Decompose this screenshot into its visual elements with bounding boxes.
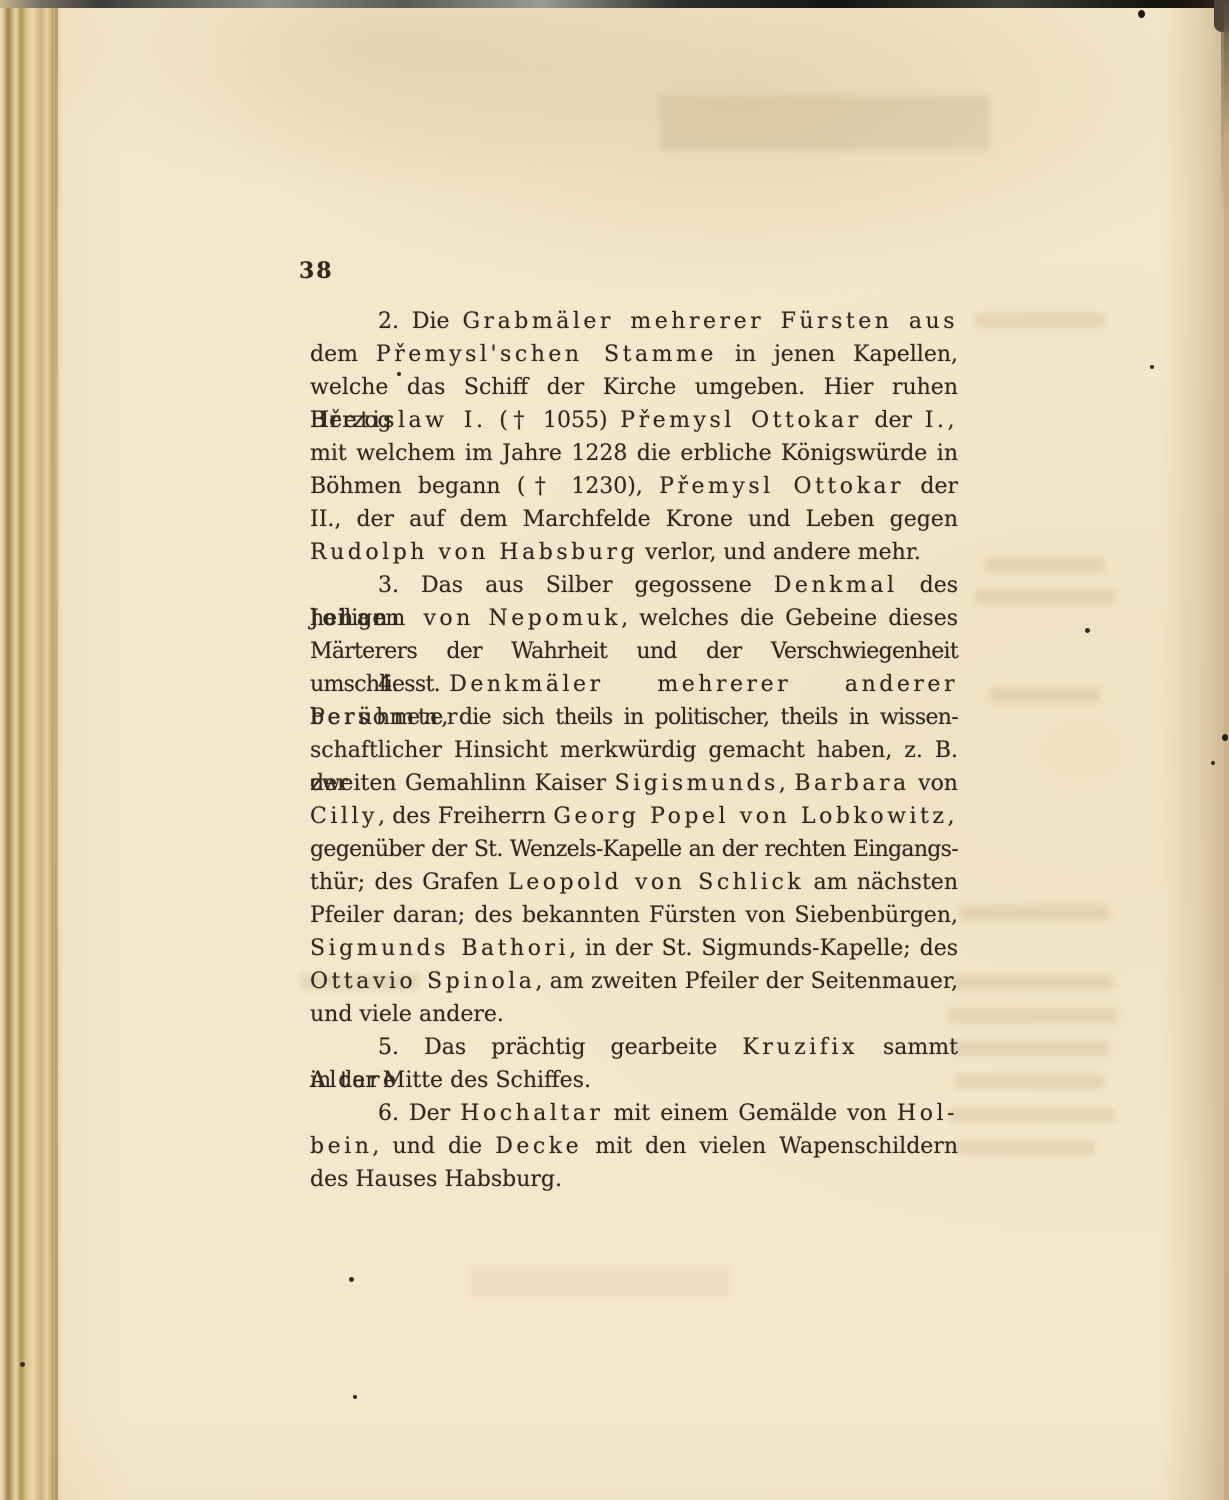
text-line: 5. Das prächtig gearbeite Kruzifix sammt… (310, 1031, 958, 1064)
show-through-stain (950, 1041, 1110, 1056)
text-line: 6. Der Hochaltar mit einem Gemälde von H… (310, 1097, 958, 1130)
text-segment: , die sich theils in politischer, theils… (441, 705, 958, 730)
show-through-stain (975, 312, 1105, 328)
text-line: 3. Das aus Silber gegossene Denkmal des … (310, 569, 958, 602)
show-through-stain (985, 558, 1105, 573)
text-segment: , welches die Gebeine dieses (621, 606, 958, 631)
show-through-stain (948, 1008, 1118, 1023)
show-through-stain (660, 95, 990, 150)
text-segment: Rudolph von Habsburg (310, 540, 638, 565)
text-line: thür; des Grafen Leopold von Schlick am … (310, 866, 958, 899)
text-segment: dem (310, 342, 376, 367)
text-segment: Ottavio Spinola (310, 969, 535, 994)
text-line: Böhmen begann († 1230), Přemysl Ottokar … (310, 470, 958, 503)
text-segment: Georg Popel von Lobkowitz, (553, 804, 958, 829)
text-segment: Kruzifix (742, 1035, 858, 1060)
text-segment: , (779, 771, 795, 796)
show-through-stain (952, 975, 1114, 990)
text-line: mit welchem im Jahre 1228 die erbliche K… (310, 437, 958, 470)
text-segment: , und die (372, 1134, 495, 1159)
text-segment: Přemysl Ottokar (659, 474, 904, 499)
text-line: bein, und die Decke mit den vielen Wapen… (310, 1130, 958, 1163)
text-segment: II., der auf dem Marchfelde Krone und Le… (310, 507, 958, 532)
text-line: des Hauses Habsburg. (310, 1163, 958, 1196)
text-line: welche das Schiff der Kirche umgeben. Hi… (310, 371, 958, 404)
text-segment: mit welchem im Jahre 1228 die erbliche K… (310, 441, 958, 466)
foxing-speck (353, 1395, 357, 1399)
book-binding-edge (0, 0, 62, 1500)
text-segment: zweiten Gemahlinn Kaiser (310, 771, 615, 796)
show-through-stain (955, 1140, 1095, 1155)
text-line: gegenüber der St. Wenzels-Kapelle an der… (310, 833, 958, 866)
text-line: 2. Die Grabmäler mehrerer Fürsten aus (310, 305, 958, 338)
text-line: Märterers der Wahrheit und der Verschwie… (310, 635, 958, 668)
text-segment: Cilly (310, 804, 378, 829)
scan-top-edge (0, 0, 1229, 8)
text-segment: am nächsten (804, 870, 958, 895)
text-block: 2. Die Grabmäler mehrerer Fürsten ausdem… (310, 305, 958, 1196)
text-segment: 5. Das prächtig gearbeite (378, 1035, 742, 1060)
text-segment: in jenen Kapellen, (717, 342, 958, 367)
text-line: Johann von Nepomuk, welches die Gebeine … (310, 602, 958, 635)
text-segment: Pfeiler daran; des bekannten Fürsten von… (310, 903, 958, 928)
text-segment: Přemysl Ottokar (620, 408, 861, 433)
foxing-speck (349, 1277, 354, 1282)
text-segment: verlor, und andere mehr. (638, 540, 921, 565)
page-number: 38 (299, 258, 334, 284)
text-segment: Böhmen begann († 1230), (310, 474, 659, 499)
show-through-stain (960, 905, 1110, 920)
text-segment: und viele andere. (310, 1002, 504, 1027)
text-segment: Sigmunds Bathori (310, 936, 569, 961)
text-segment: des Hauses Habsburg. (310, 1167, 562, 1192)
text-line: Personen, die sich theils in politischer… (310, 701, 958, 734)
text-segment: , in der St. Sigmunds-Kapelle; des (569, 936, 958, 961)
text-line: Cilly, des Freiherrn Georg Popel von Lob… (310, 800, 958, 833)
text-segment: von (910, 771, 958, 796)
text-line: schaftlicher Hinsicht merkwürdig gemacht… (310, 734, 958, 767)
text-line: Pfeiler daran; des bekannten Fürsten von… (310, 899, 958, 932)
text-segment: thür; des Grafen (310, 870, 508, 895)
text-segment: der (862, 408, 925, 433)
text-segment: Denkmal (774, 573, 898, 598)
scanned-book-page: 38 2. Die Grabmäler mehrerer Fürsten aus… (0, 0, 1229, 1500)
text-segment: , des Freiherrn (378, 804, 553, 829)
text-segment: , am zweiten Pfeiler der Seitenmauer, (535, 969, 958, 994)
text-line: Sigmunds Bathori, in der St. Sigmunds-Ka… (310, 932, 958, 965)
text-segment: Leopold von Schlick (508, 870, 804, 895)
text-line: zweiten Gemahlinn Kaiser Sigismunds, Bar… (310, 767, 958, 800)
text-segment: mit einem Gemälde von (603, 1101, 897, 1126)
text-segment: 6. Der (378, 1101, 460, 1126)
foxing-speck (1085, 628, 1090, 633)
text-segment: I., (925, 408, 958, 433)
text-segment: 2. Die (378, 309, 462, 334)
text-segment: Hol- (897, 1101, 958, 1126)
text-segment: Grabmäler mehrerer Fürsten aus (462, 309, 958, 334)
text-segment: Přemysl'schen Stamme (376, 342, 717, 367)
foxing-speck (1138, 10, 1145, 18)
text-segment: 4. (378, 672, 449, 697)
text-segment: mit den vielen Wapenschildern (582, 1134, 958, 1159)
show-through-stain (470, 1268, 730, 1298)
text-line: II., der auf dem Marchfelde Krone und Le… (310, 503, 958, 536)
text-segment: Hochaltar (460, 1101, 603, 1126)
foxing-speck (1211, 761, 1215, 765)
text-segment: Barbara (794, 771, 909, 796)
page-right-shading (1159, 0, 1229, 1500)
text-segment: Břetislaw I. (310, 408, 487, 433)
text-segment: Sigismunds (615, 771, 779, 796)
show-through-stain (990, 688, 1100, 702)
text-line: 4. Denkmäler mehrerer anderer berühmter (310, 668, 958, 701)
text-segment: Decke (495, 1134, 582, 1159)
foxing-speck (1150, 365, 1154, 369)
text-line: dem Přemysl'schen Stamme in jenen Kapell… (310, 338, 958, 371)
text-segment: sammt (858, 1035, 958, 1060)
foxing-speck (20, 1362, 25, 1367)
text-line: Rudolph von Habsburg verlor, und andere … (310, 536, 958, 569)
text-segment: († 1055) (487, 408, 621, 433)
foxing-speck (1222, 734, 1228, 741)
page-right-edge (1224, 0, 1229, 1500)
text-segment: Personen (310, 705, 441, 730)
text-segment: 3. Das aus Silber gegossene (378, 573, 774, 598)
text-line: Břetislaw I. († 1055) Přemysl Ottokar de… (310, 404, 958, 437)
text-segment: bein (310, 1134, 372, 1159)
binding-shadow-line (55, 0, 58, 1500)
show-through-stain (975, 590, 1115, 605)
text-segment: Johann von Nepomuk (310, 606, 621, 631)
show-through-stain (950, 1107, 1115, 1122)
text-line: in der Mitte des Schiffes. (310, 1064, 958, 1097)
text-segment: der (904, 474, 958, 499)
text-line: und viele andere. (310, 998, 958, 1031)
show-through-stain (955, 1074, 1105, 1089)
text-line: Ottavio Spinola, am zweiten Pfeiler der … (310, 965, 958, 998)
text-segment: gegenüber der St. Wenzels-Kapelle an der… (310, 837, 958, 862)
text-segment: in der Mitte des Schiffes. (310, 1068, 591, 1093)
